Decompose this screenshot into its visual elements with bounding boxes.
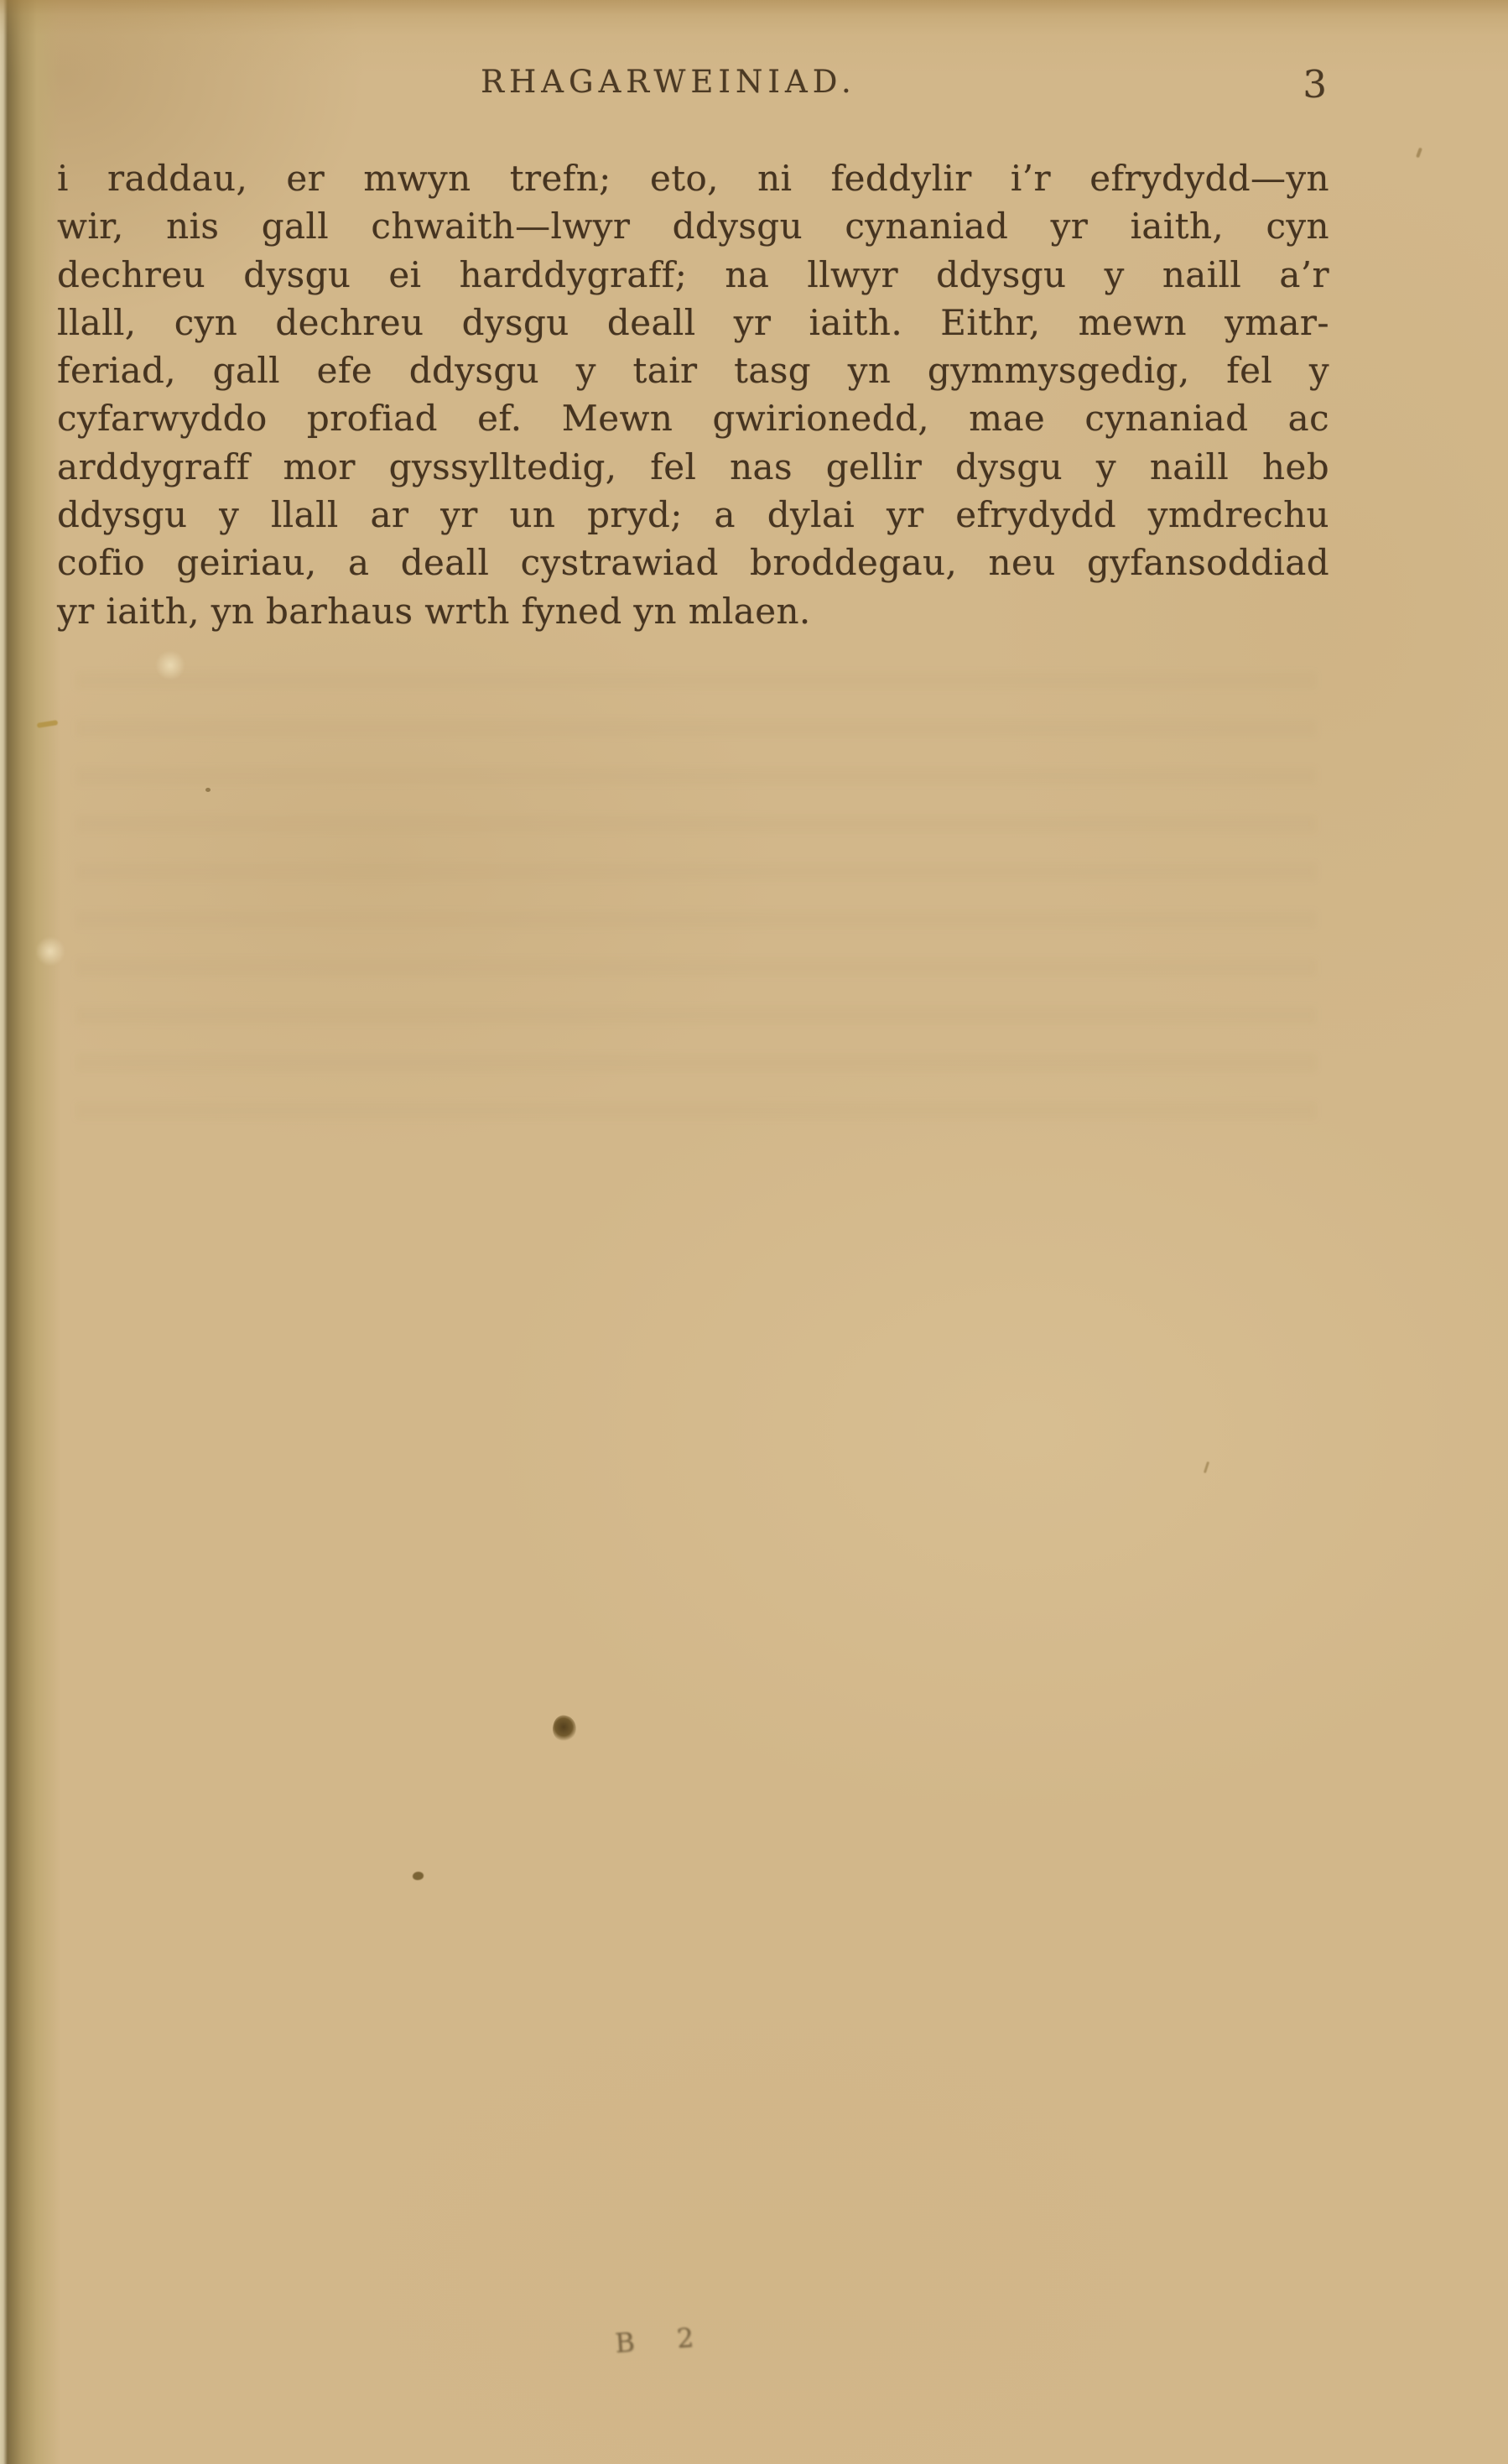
body-text-line: wir, nis gall chwaith—lwyr ddysgu cynani… xyxy=(57,202,1329,250)
paper-speck xyxy=(1204,1461,1209,1473)
body-text-line: dechreu dysgu ei harddygraff; na llwyr d… xyxy=(57,251,1329,299)
body-text-line: arddygraff mor gyssylltedig, fel nas gel… xyxy=(57,443,1329,491)
scanned-page: RHAGARWEINIAD. 3 i raddau, er mwyn trefn… xyxy=(0,0,1508,2464)
body-text-line: cyfarwyddo profiad ef. Mewn gwirionedd, … xyxy=(57,394,1329,442)
paper-light-spot xyxy=(35,936,65,966)
paper-speck xyxy=(1416,148,1422,159)
foxing-spot xyxy=(549,1713,579,1744)
paper-light-spot xyxy=(154,651,186,680)
body-text-line: llall, cyn dechreu dysgu deall yr iaith.… xyxy=(57,299,1329,346)
body-text-line: yr iaith, yn barhaus wrth fyned yn mlaen… xyxy=(57,587,1329,635)
page-number: 3 xyxy=(1303,62,1327,107)
body-text-line: i raddau, er mwyn trefn; eto, ni feddyli… xyxy=(57,154,1329,202)
printers-signature: B 2 xyxy=(614,2321,711,2359)
paper-speck xyxy=(205,788,211,792)
body-text-line: ddysgu y llall ar yr un pryd; a dylai yr… xyxy=(57,491,1329,539)
reverse-side-show-through xyxy=(75,671,1317,1141)
foxing-spot xyxy=(413,1872,424,1880)
body-text-line: cofio geiriau, a deall cystrawiad brodde… xyxy=(57,539,1329,586)
paper-fiber-mark xyxy=(37,720,59,728)
page-header-title: RHAGARWEINIAD. xyxy=(481,64,856,100)
body-text-line: feriad, gall efe ddysgu y tair tasg yn g… xyxy=(57,346,1329,394)
body-paragraph: i raddau, er mwyn trefn; eto, ni feddyli… xyxy=(57,154,1329,635)
